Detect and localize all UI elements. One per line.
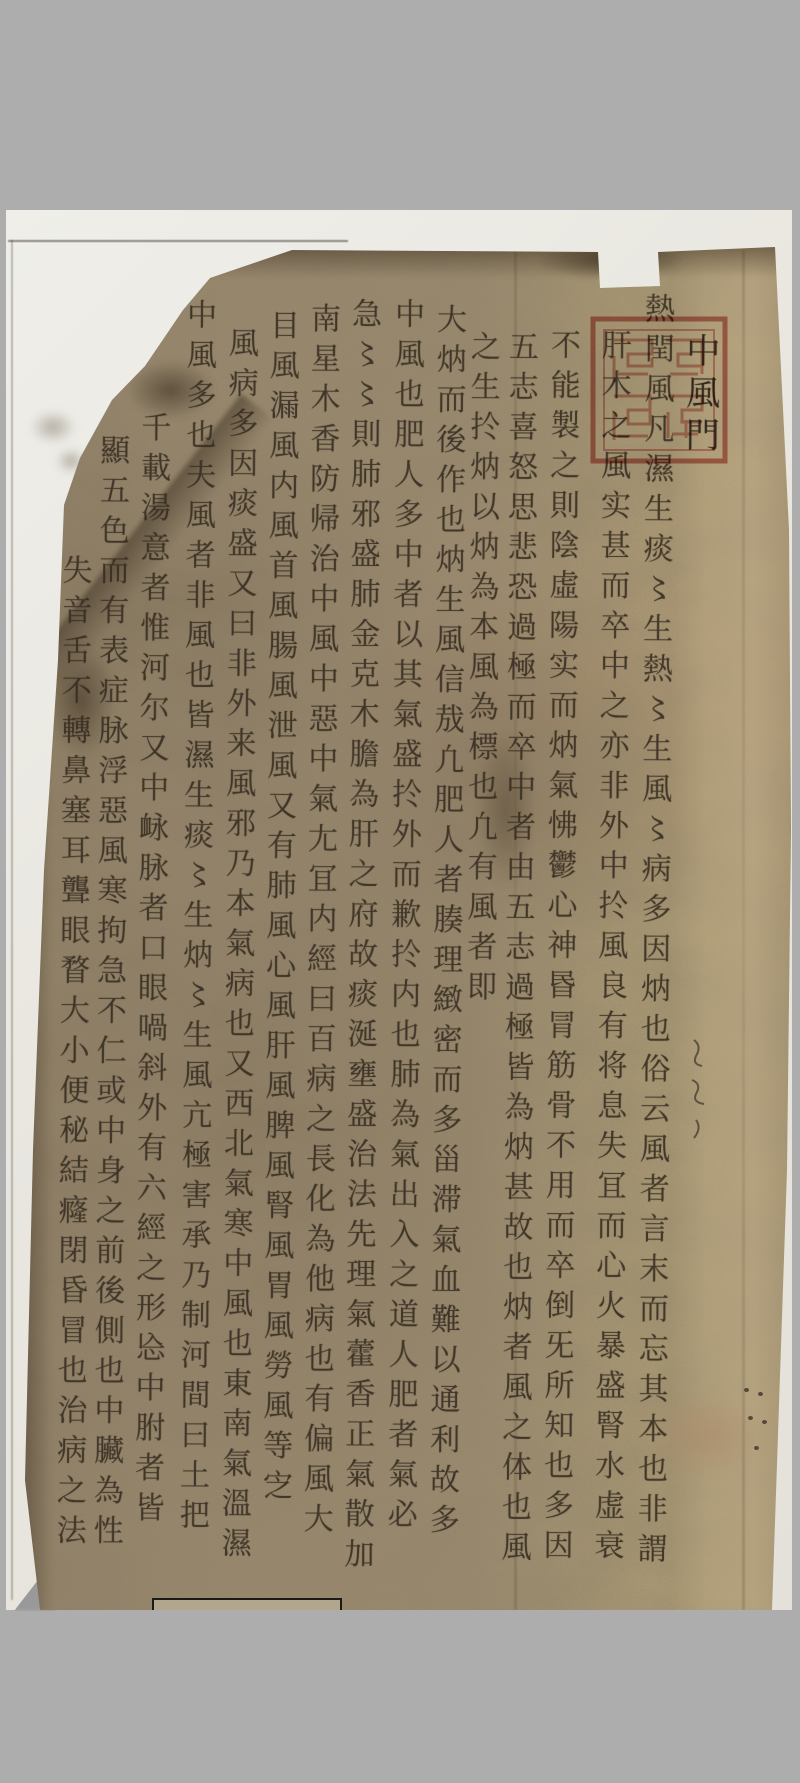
text-column: 肝木之風实甚而卒中之亦非外中扵風良有将息失冝而心火暴盛腎水虚衰 (583, 329, 635, 1569)
text-column: 中風也肥人多中者以其氣盛扵外而歉扵内也肺為氣出入之道人肥者氣必 (377, 298, 429, 1538)
ink-dot (762, 1420, 767, 1424)
ink-dot (758, 1392, 763, 1396)
ink-dot (744, 1388, 749, 1392)
red-seal-stamp (590, 316, 728, 464)
text-column: 熱閏風凡濕生痰〻生熱〻生風〻病多因㶧也俗云風者言末而忘其本也非謂 (626, 293, 678, 1573)
text-column: 中風多也夫風者非風也皆濕生痰〻生㶧〻生風亢極害承乃制河間曰土把 (169, 299, 221, 1539)
manuscript-page: 中風門熱閏風凡濕生痰〻生熱〻生風〻病多因㶧也俗云風者言末而忘其本也非謂肝木之風实… (6, 210, 792, 1610)
backing-frame-line-horizontal (8, 240, 348, 242)
label-frame (152, 1598, 342, 1618)
ink-dot (754, 1446, 759, 1450)
screenshot-root: { "document": { "type": "handwritten man… (0, 0, 800, 1783)
ink-dot (748, 1416, 753, 1420)
margin-collation-marks (686, 1034, 712, 1144)
backing-frame-line-vertical (11, 240, 13, 1600)
ink-bleed-smudge (30, 410, 76, 444)
